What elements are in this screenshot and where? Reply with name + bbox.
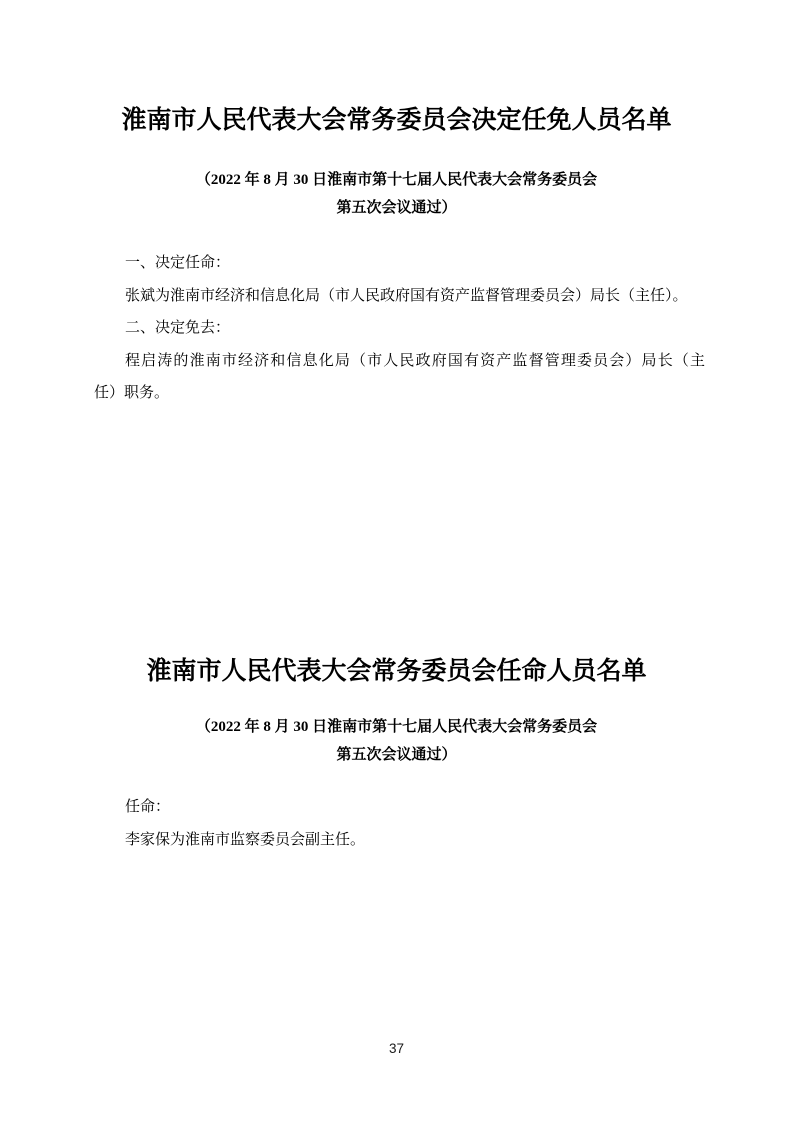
section2-subtitle-line1: （2022 年 8 月 30 日淮南市第十七届人民代表大会常务委员会	[0, 713, 793, 741]
section1-removal-entry-line2: 任）职务。	[94, 377, 705, 410]
section1-body: 一、决定任命： 张斌为淮南市经济和信息化局（市人民政府国有资产监督管理委员会）局…	[94, 247, 705, 410]
section2-appointment-entry: 李家保为淮南市监察委员会副主任。	[94, 824, 705, 857]
document-page: 淮南市人民代表大会常务委员会决定任免人员名单 （2022 年 8 月 30 日淮…	[0, 0, 793, 1122]
section2-subtitle: （2022 年 8 月 30 日淮南市第十七届人民代表大会常务委员会 第五次会议…	[0, 713, 793, 769]
section2-subtitle-line2: 第五次会议通过）	[0, 741, 793, 769]
section2-heading-appoint: 任命：	[94, 791, 705, 824]
section1-appointment-entry: 张斌为淮南市经济和信息化局（市人民政府国有资产监督管理委员会）局长（主任）。	[94, 280, 705, 313]
section2-title: 淮南市人民代表大会常务委员会任命人员名单	[0, 654, 793, 690]
section1-subtitle-line2: 第五次会议通过）	[0, 194, 793, 222]
section1-title: 淮南市人民代表大会常务委员会决定任免人员名单	[0, 103, 793, 139]
section1-removal-entry-line1: 程启涛的淮南市经济和信息化局（市人民政府国有资产监督管理委员会）局长（主	[94, 345, 705, 378]
section1-subtitle-line1: （2022 年 8 月 30 日淮南市第十七届人民代表大会常务委员会	[0, 166, 793, 194]
section1-heading-appoint: 一、决定任命：	[94, 247, 705, 280]
section1-subtitle: （2022 年 8 月 30 日淮南市第十七届人民代表大会常务委员会 第五次会议…	[0, 166, 793, 222]
section1-heading-remove: 二、决定免去：	[94, 312, 705, 345]
section2-body: 任命： 李家保为淮南市监察委员会副主任。	[94, 791, 705, 856]
page-number: 37	[0, 1041, 793, 1057]
